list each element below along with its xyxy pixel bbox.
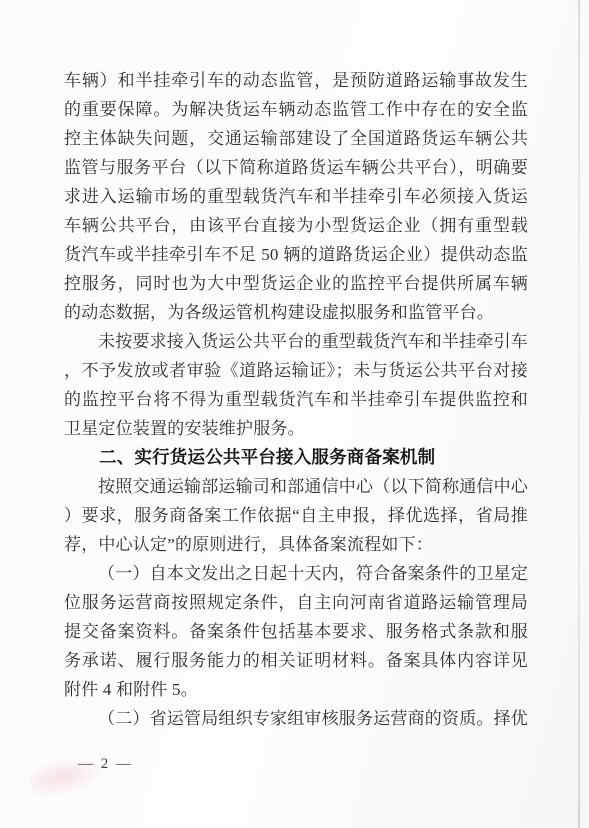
- body-paragraph: 按照交通运输部运输司和部通信中心（以下简称通信中心）要求，服务商备案工作依据“自…: [64, 472, 528, 559]
- scanned-document-page: 车辆）和半挂牵引车的动态监管，是预防道路运输事故发生的重要保障。为解决货运车辆动…: [0, 0, 589, 828]
- scan-edge-line: [578, 0, 580, 828]
- document-text-block: 车辆）和半挂牵引车的动态监管，是预防道路运输事故发生的重要保障。为解决货运车辆动…: [64, 66, 528, 733]
- body-paragraph: （一）自本文发出之日起十天内，符合备案条件的卫星定位服务运营商按照规定条件，自主…: [64, 559, 528, 704]
- body-paragraph-continuation: 车辆）和半挂牵引车的动态监管，是预防道路运输事故发生的重要保障。为解决货运车辆动…: [64, 66, 528, 327]
- page-number: — 2 —: [78, 756, 133, 773]
- body-paragraph: 未按要求接入货运公共平台的重型载货汽车和半挂牵引车，不予发放或者审验《道路运输证…: [64, 327, 528, 443]
- section-heading: 二、实行货运公共平台接入服务商备案机制: [64, 443, 528, 472]
- body-paragraph: （二）省运管局组织专家组审核服务运营商的资质。择优: [64, 704, 528, 733]
